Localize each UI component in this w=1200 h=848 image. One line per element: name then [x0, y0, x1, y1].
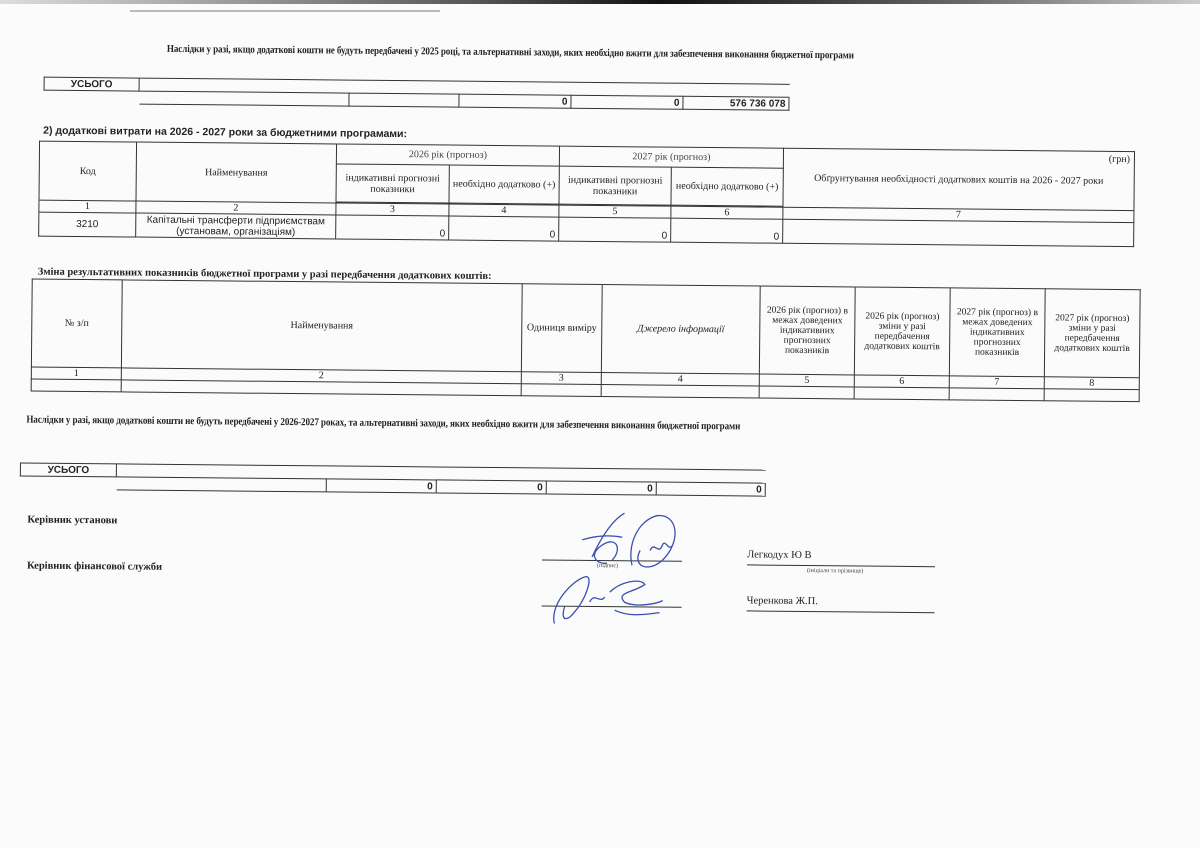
header-indicative-2027: індикативні прогнозні показники — [559, 166, 671, 205]
col-number: 3 — [521, 372, 601, 385]
name-line — [747, 610, 935, 613]
col-number: 4 — [449, 204, 559, 217]
header-2027: 2027 рік (прогноз) — [559, 146, 783, 168]
col-number: 1 — [39, 200, 136, 213]
section2-title: 2) додаткові витрати на 2026 - 2027 роки… — [43, 125, 407, 140]
row-justification — [783, 219, 1134, 246]
row-indicative-2027: 0 — [559, 217, 671, 242]
header-2027-changes: 2027 рік (прогноз) зміни у разі передбач… — [1044, 289, 1140, 378]
col-number: 6 — [671, 206, 783, 219]
finance-signature-icon — [544, 561, 675, 632]
row-code: 3210 — [39, 212, 136, 237]
name-line — [747, 564, 935, 567]
row-additional-2026: 0 — [449, 216, 559, 241]
total-cell: 0 — [571, 95, 683, 109]
header-name: Найменування — [136, 142, 337, 203]
header-number: № з/п — [31, 279, 122, 368]
col-number: 6 — [854, 375, 949, 388]
totals-2025-table: УСЬОГО 0 0 576 736 078 — [43, 77, 789, 111]
header-justification: (грн) Обґрунтування необхідності додатко… — [783, 148, 1135, 210]
total-cell: 0 — [546, 481, 656, 495]
col-number: 1 — [31, 367, 121, 380]
header-2027-indicative: 2027 рік (прогноз) в межах доведених інд… — [949, 288, 1045, 377]
header-2026-changes: 2026 рік (прогноз) зміни у разі передбач… — [854, 287, 950, 376]
col-number: 8 — [1044, 377, 1139, 390]
header-source: Джерело інформації — [601, 285, 760, 375]
head-of-finance-label: Керівник фінансової служби — [27, 561, 162, 573]
total-cell: 0 — [326, 479, 436, 493]
total-grand-value: 576 736 078 — [683, 96, 789, 110]
col-number: 5 — [759, 374, 854, 387]
header-indicative-2026: індикативні прогнозні показники — [336, 164, 449, 203]
header-unit: Одиниця виміру — [521, 284, 602, 373]
head-name: Легкодух Ю В — [747, 549, 812, 561]
row-indicative-2026: 0 — [336, 215, 449, 240]
document-page: Наслідки у разі, якщо додаткові кошти не… — [0, 0, 1200, 848]
consequences-2026-2027-caption: Наслідки у разі, якщо додаткові кошти не… — [26, 415, 740, 433]
col-number: 7 — [949, 376, 1044, 389]
total-cell — [349, 93, 459, 107]
header-additional-2027: необхідно додатково (+) — [671, 167, 783, 206]
totals-2026-2027-table: УСЬОГО 0 0 0 0 — [20, 462, 766, 496]
header-additional-2026: необхідно додатково (+) — [449, 165, 559, 204]
row-additional-2027: 0 — [671, 218, 783, 243]
header-code: Код — [39, 141, 137, 201]
consequences-2025-caption: Наслідки у разі, якщо додаткові кошти не… — [167, 44, 854, 62]
performance-indicators-table: № з/п Найменування Одиниця виміру Джерел… — [31, 279, 1141, 403]
header-name: Найменування — [121, 280, 522, 372]
additional-expenses-table: Код Найменування 2026 рік (прогноз) 2027… — [38, 141, 1135, 248]
total-cell: 0 — [656, 482, 765, 496]
col-number: 5 — [559, 205, 671, 218]
total-cell — [116, 477, 326, 492]
finance-name: Черенкова Ж.П. — [747, 595, 818, 607]
header-2026: 2026 рік (прогноз) — [336, 144, 559, 166]
total-label: УСЬОГО — [44, 77, 139, 91]
total-label: УСЬОГО — [20, 463, 116, 477]
total-cell: 0 — [436, 480, 546, 494]
row-name: Капітальні трансферти підприємствам (уст… — [136, 213, 336, 239]
head-of-institution-label: Керівник установи — [27, 515, 117, 527]
unit-label: (грн) — [1109, 154, 1130, 165]
header-2026-indicative: 2026 рік (прогноз) в межах доведених інд… — [759, 286, 855, 375]
name-caption: (ініціали та прізвище) — [807, 568, 863, 575]
total-cell — [139, 91, 349, 106]
total-cell: 0 — [459, 94, 571, 108]
col-number: 3 — [336, 203, 449, 216]
